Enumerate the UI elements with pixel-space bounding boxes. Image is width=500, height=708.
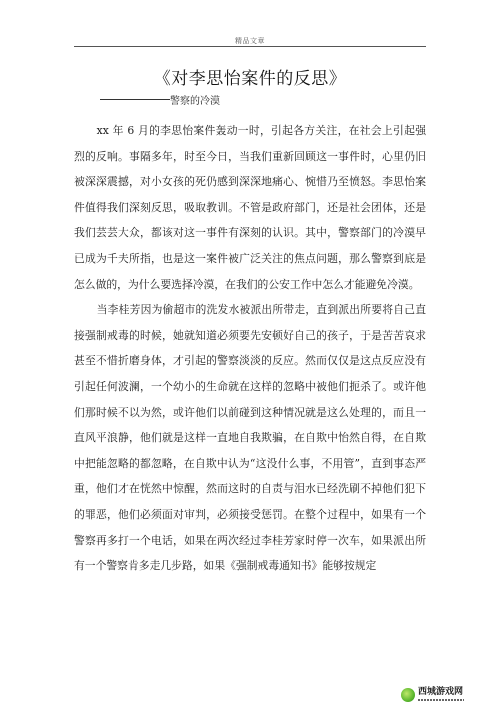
watermark-text-group: 西城游戏网 <box>418 688 464 701</box>
document-title: 《对李思怡案件的反思》 <box>0 64 500 89</box>
paragraph: xx 年 6 月的李思怡案件轰动一时，引起各方关注，在社会上引起强烈的反响。事隔… <box>74 118 426 297</box>
document-body: xx 年 6 月的李思怡案件轰动一时，引起各方关注，在社会上引起强烈的反响。事隔… <box>74 118 426 579</box>
document-page: 精品文章 《对李思怡案件的反思》 警察的冷漠 xx 年 6 月的李思怡案件轰动一… <box>0 0 500 708</box>
subtitle-text: 警察的冷漠 <box>170 92 220 107</box>
paragraph: 当李桂芳因为偷超市的洗发水被派出所带走，直到派出所要将自己直接强制戒毒的时候，她… <box>74 297 426 579</box>
site-watermark: 西城游戏网 <box>397 681 500 708</box>
running-header: 精品文章 <box>74 36 426 46</box>
subtitle-dash <box>100 99 170 100</box>
watermark-site-name: 西城游戏网 <box>418 688 464 697</box>
leaf-logo-icon <box>401 688 415 702</box>
header-divider <box>74 46 426 47</box>
document-subtitle: 警察的冷漠 <box>100 92 220 107</box>
watermark-url-line <box>418 699 464 701</box>
